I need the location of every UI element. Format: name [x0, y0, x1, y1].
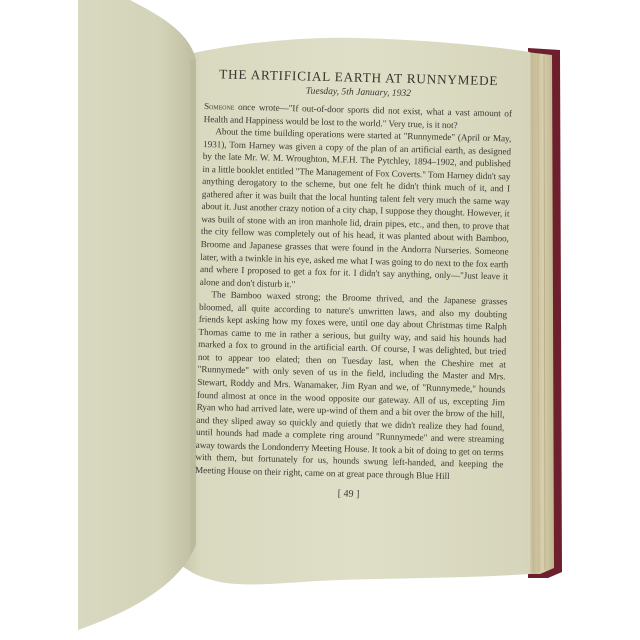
paragraph-2: About the time building operations were … [200, 125, 512, 296]
paragraph-3: The Bamboo waxed strong; the Broome thri… [195, 288, 508, 484]
paragraph-lead: Someone [204, 101, 235, 112]
open-book-photo: THE ARTIFICIAL EARTH AT RUNNYMEDE Tuesda… [0, 0, 640, 640]
page-text-block: THE ARTIFICIAL EARTH AT RUNNYMEDE Tuesda… [194, 66, 513, 514]
page-edges [526, 52, 554, 574]
page-number: [ 49 ] [194, 485, 502, 504]
left-page [78, 0, 196, 630]
